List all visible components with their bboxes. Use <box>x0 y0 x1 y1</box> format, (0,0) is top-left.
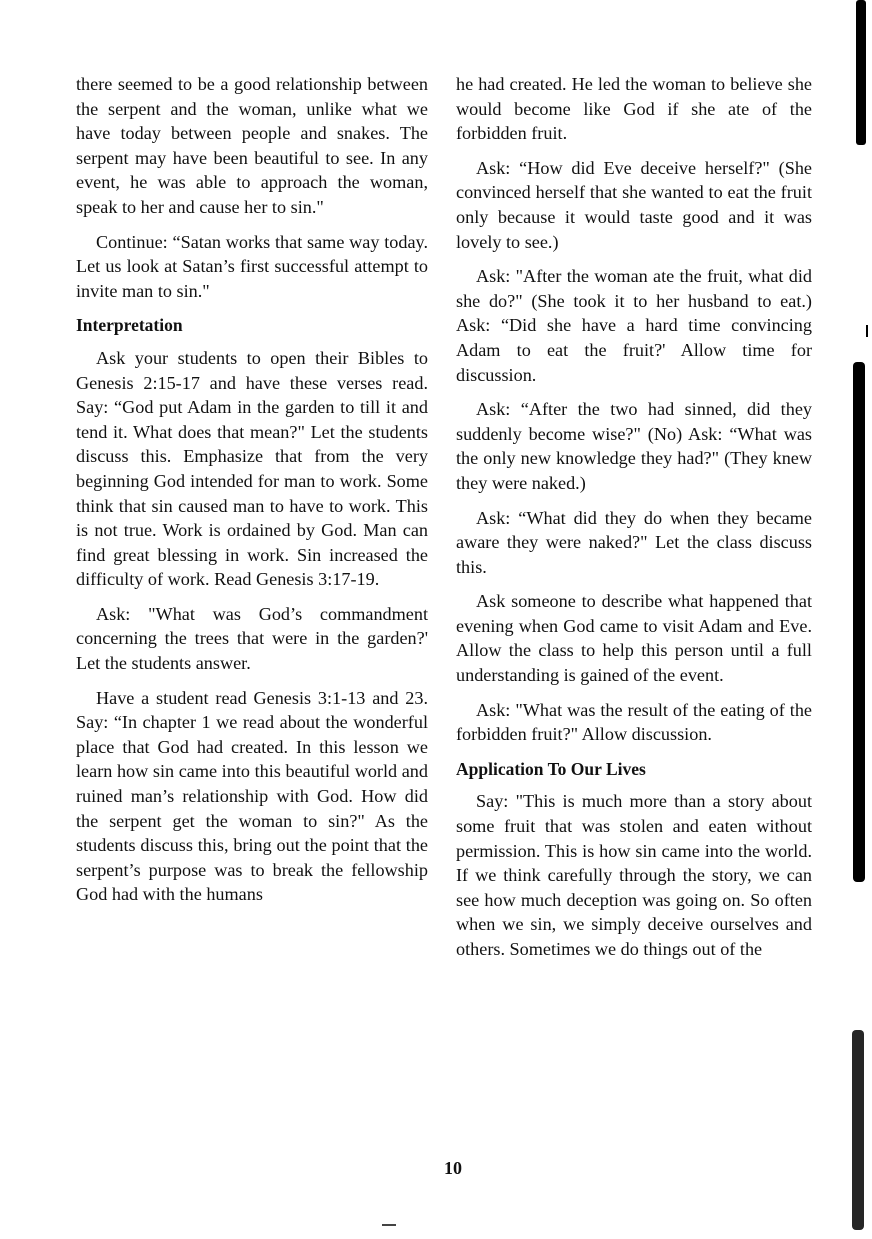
section-heading-interpretation: Interpretation <box>76 313 428 338</box>
scan-edge-shadow <box>853 362 865 882</box>
paragraph: there seemed to be a good relationship b… <box>76 72 428 220</box>
paragraph: Ask: “How did Eve deceive herself?" (She… <box>456 156 812 254</box>
right-column: he had created. He led the woman to beli… <box>456 72 812 972</box>
page-number: 10 <box>0 1158 872 1179</box>
paragraph: Continue: “Satan works that same way tod… <box>76 230 428 304</box>
paragraph: Ask: “After the two had sinned, did they… <box>456 397 812 495</box>
paragraph: Ask: “What did they do when they became … <box>456 506 812 580</box>
section-heading-application: Application To Our Lives <box>456 757 812 782</box>
scan-edge-shadow <box>856 0 866 145</box>
left-column: there seemed to be a good relationship b… <box>76 72 428 917</box>
paragraph: he had created. He led the woman to beli… <box>456 72 812 146</box>
paragraph: Ask your students to open their Bibles t… <box>76 346 428 592</box>
paragraph: Ask: "What was God’s commandment concern… <box>76 602 428 676</box>
paragraph: Say: "This is much more than a story abo… <box>456 789 812 961</box>
paragraph: Ask: "What was the result of the eating … <box>456 698 812 747</box>
scan-edge-shadow <box>852 1030 864 1230</box>
scan-mark <box>382 1224 396 1226</box>
paragraph: Have a student read Genesis 3:1-13 and 2… <box>76 686 428 907</box>
paragraph: Ask someone to describe what happened th… <box>456 589 812 687</box>
paragraph: Ask: "After the woman ate the fruit, wha… <box>456 264 812 387</box>
scan-edge-mark <box>866 325 868 337</box>
